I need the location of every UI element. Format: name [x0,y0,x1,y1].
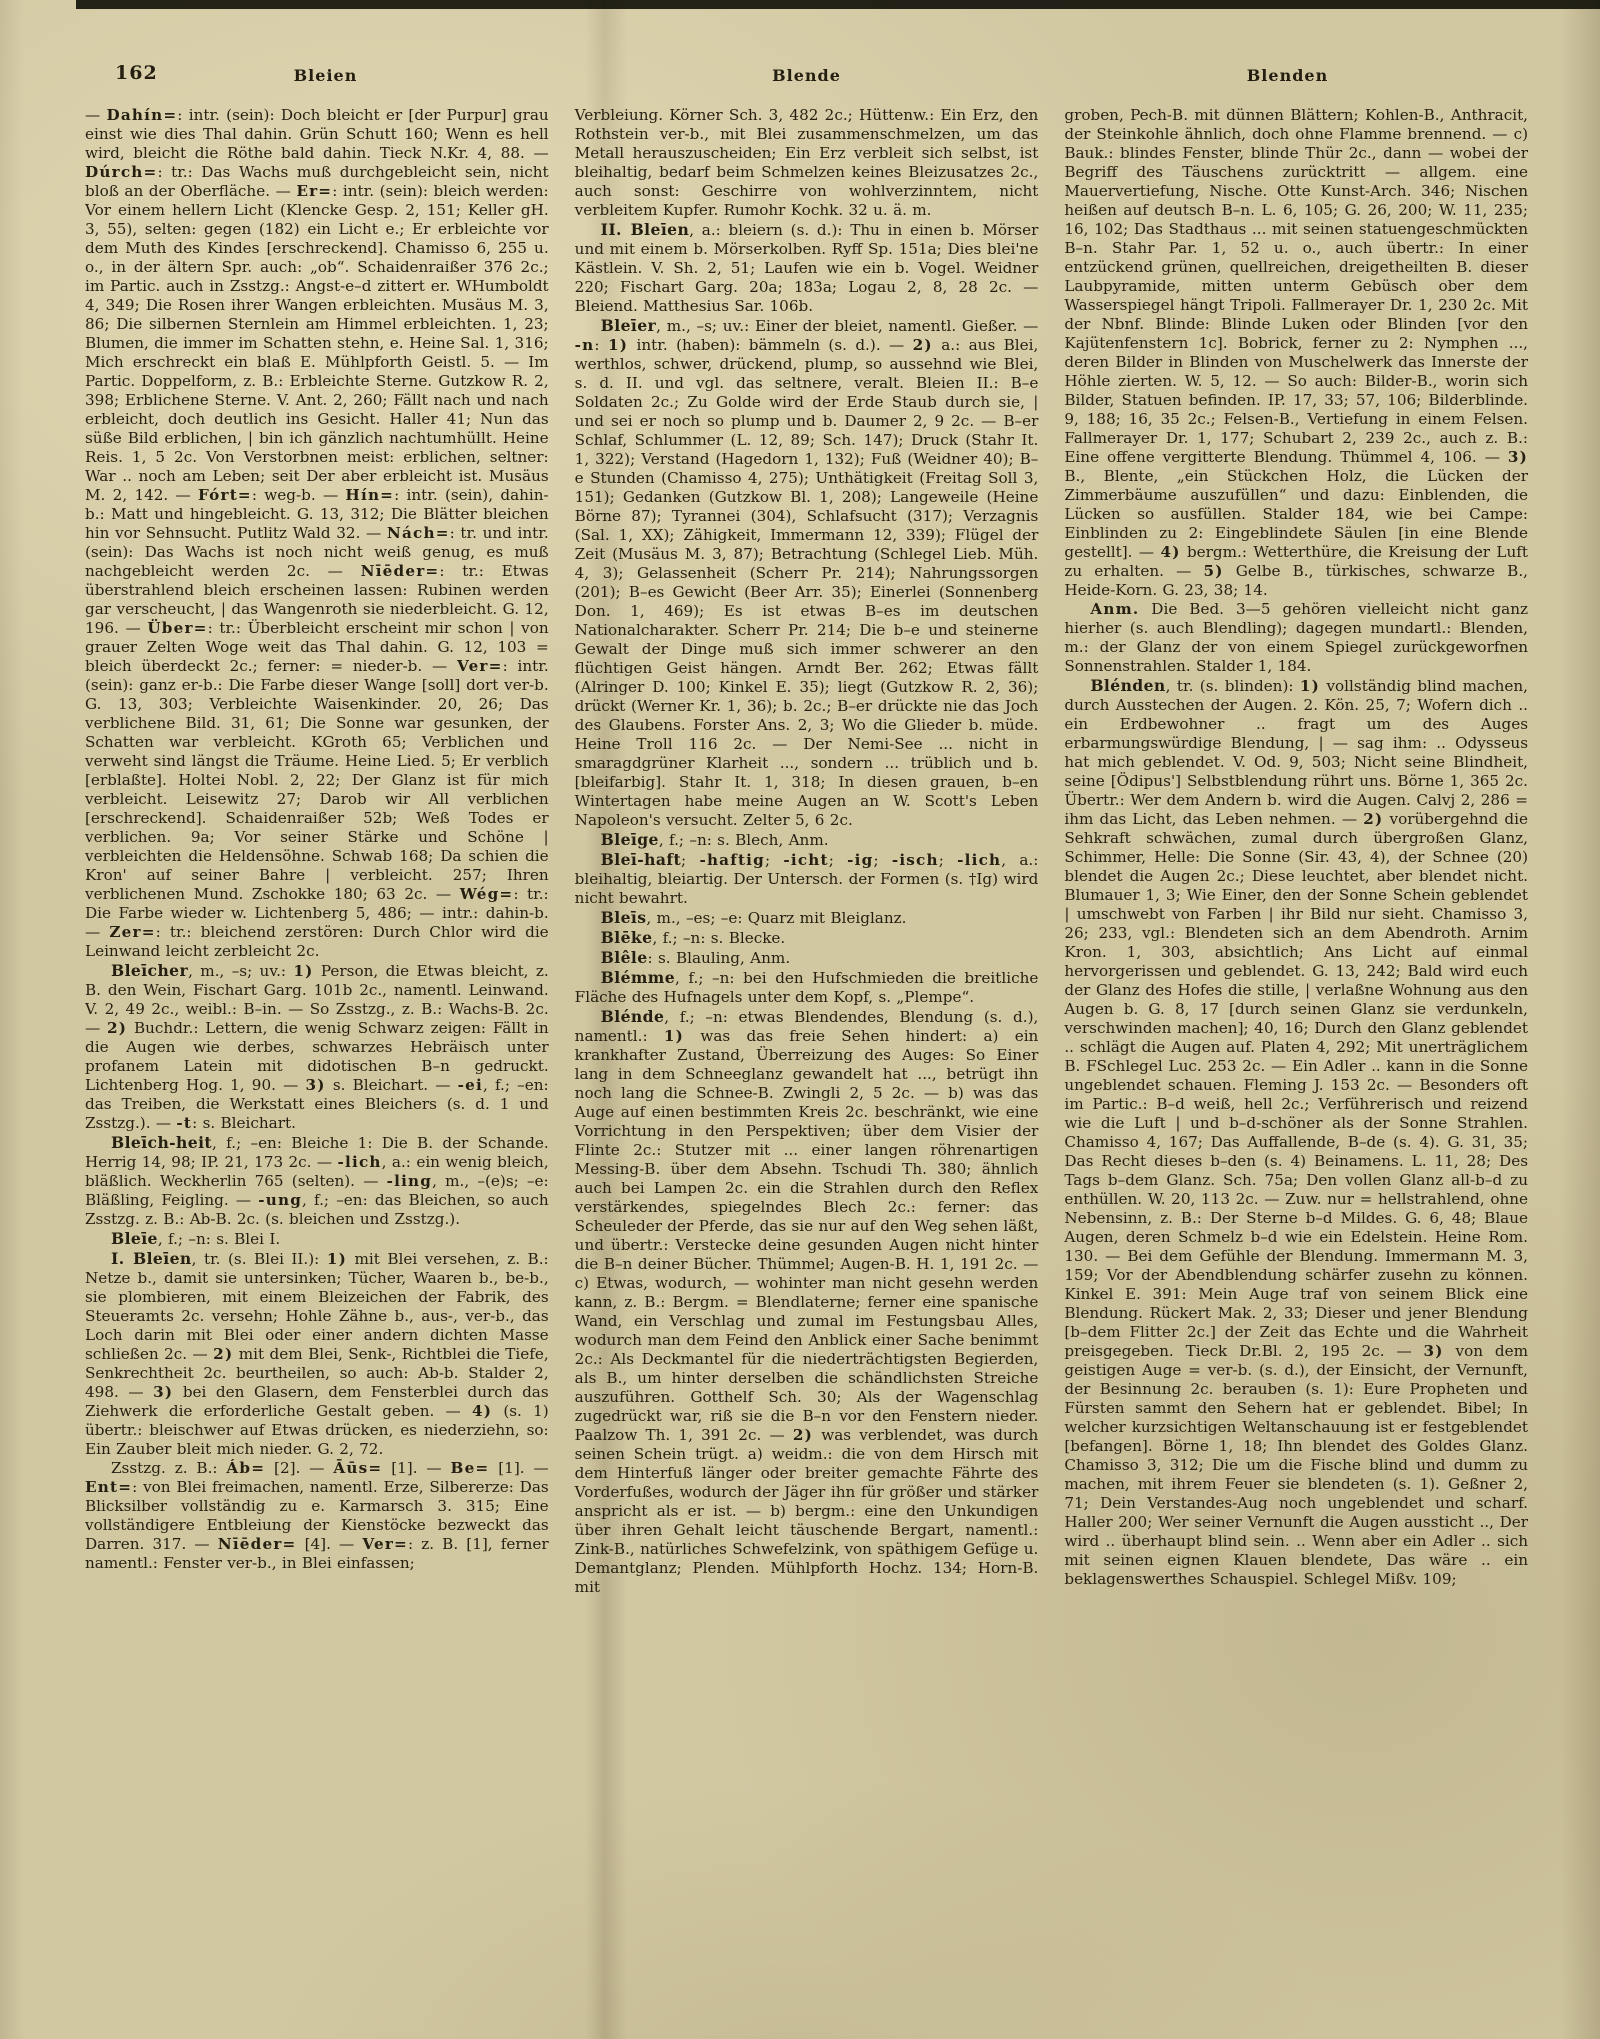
paragraph-bleien-zusammensetzungen: Zsstzg. z. B.: Áb= [2]. — Āūs= [1]. — Be… [85,1459,549,1573]
bold-run: -ung [258,1191,302,1209]
bold-run: 3) [306,1076,326,1094]
text-run: s. Bleichart. — [326,1076,458,1094]
bold-run: Anm. [1090,600,1139,618]
headword: Bleīer [601,316,657,335]
text-run: was das freie Sehen hindert: a) ein kran… [575,1027,1039,1444]
bold-run: Be= [451,1459,490,1477]
text-run: ; [765,851,783,869]
bold-run: Nīēder= [218,1535,297,1553]
bold-run: Ent= [85,1478,132,1496]
bold-run: Dahín= [107,106,178,124]
text-run: Verbleiung. Körner Sch. 3, 482 2c.; Hütt… [575,106,1039,219]
paragraph-blende-anmerkung: Anm. Die Bed. 3—5 gehören vielleicht nic… [1064,600,1528,676]
bold-run: Āūs= [333,1459,382,1477]
scan-edge-top [76,0,1600,9]
bold-run: -lich [957,851,1001,869]
text-run: intr. (haben): bämmeln (s. d.). — [628,336,913,354]
text-run: : s. Bleichart. [192,1114,296,1132]
bold-run: -icht [783,851,828,869]
text-columns: — Dahín=: intr. (sein): Doch bleicht er … [85,106,1528,1929]
entry-bleie: Bleīe, f.; –n: s. Blei I. [85,1229,549,1249]
bold-run: 2) [213,1345,233,1363]
headword: Bleīch-heit [111,1133,212,1152]
bold-run: Nīēder= [361,562,440,580]
text-run: : intr. (sein): bleich werden: Vor einem… [85,182,549,504]
text-run: Zsstzg. z. B.: [111,1459,226,1477]
bold-run: Ver= [457,657,503,675]
headword: Bleīcher [111,961,188,980]
text-run: [2]. — [265,1459,333,1477]
bold-run: Fórt= [198,486,252,504]
text-run: , f.; –n: s. Blei I. [158,1230,280,1248]
text-run: : weg-b. — [252,486,346,504]
page-header: 162 Bleien Blende Blenden [85,66,1528,85]
bold-run: Wég= [460,885,514,903]
text-run: vorübergehnd die Sehkraft schwächen, zum… [1064,810,1528,1360]
running-head-blenden: Blenden [1047,66,1528,85]
running-head-blende: Blende [566,66,1047,85]
entry-bleien-2: II. Bleīen, a.: bleiern (s. d.): Thu in … [575,220,1039,316]
paragraph-verbleien-continuation: Verbleiung. Körner Sch. 3, 482 2c.; Hütt… [575,106,1039,220]
bold-run: 4) [1160,543,1180,561]
text-run: ; [681,851,699,869]
column-2: Verbleiung. Körner Sch. 3, 482 2c.; Hütt… [575,106,1039,1929]
text-run: : s. Blauling, Anm. [648,949,791,967]
bold-run: 5) [1203,562,1223,580]
entry-bleier: Bleīer, m., –s; uv.: Einer der bleiet, n… [575,316,1039,830]
bold-run: 4) [472,1402,492,1420]
entry-bleien-1: I. Bleīen, tr. (s. Blei II.): 1) mit Ble… [85,1249,549,1459]
text-run: : [594,336,608,354]
column-3: groben, Pech-B. mit dünnen Blättern; Koh… [1064,106,1528,1929]
headword: I. Bleīen [111,1249,192,1268]
text-run: vollständig blind machen, durch Ausstech… [1064,677,1528,828]
text-run: , tr. (s. blinden): [1166,677,1300,695]
bold-run: Ver= [362,1535,408,1553]
headword: Bleīge [601,830,659,849]
bold-run: 3) [153,1383,173,1401]
text-run: [1]. — [489,1459,548,1477]
text-run: , f.; –n: s. Blecke. [652,929,785,947]
bold-run: 2) [913,336,933,354]
text-run: von dem geistigen Auge = ver-b. (s. d.),… [1064,1342,1528,1588]
text-run: groben, Pech-B. mit dünnen Blättern; Koh… [1064,106,1528,466]
text-run: , tr. (s. Blei II.): [192,1250,327,1268]
bold-run: 2) [107,1019,127,1037]
bold-run: Nách= [387,524,450,542]
text-run: ; [873,851,891,869]
text-run: ; [829,851,847,869]
bold-run: 2) [1363,810,1383,828]
bold-run: Über= [147,619,207,637]
paragraph-blende-continuation: groben, Pech-B. mit dünnen Blättern; Koh… [1064,106,1528,600]
headword: Blénden [1090,676,1165,695]
bold-run: 1) [608,336,628,354]
entry-bleke: Blēke, f.; –n: s. Blecke. [575,928,1039,948]
scanned-dictionary-page: { "header": { "page_number": "162", "run… [0,0,1600,2039]
bold-run: 3) [1424,1342,1444,1360]
headword: Blénde [601,1007,665,1026]
text-run: : intr. (sein): ganz er-b.: Die Farbe di… [85,657,549,903]
page-number: 162 [115,62,158,84]
bold-run: 2) [793,1426,813,1444]
entry-blele: Blêle: s. Blauling, Anm. [575,948,1039,968]
text-run: [4]. — [296,1535,362,1553]
entry-bleige: Bleīge, f.; –n: s. Blech, Anm. [575,830,1039,850]
entry-bleich-heit: Bleīch-heit, f.; –en: Bleiche 1: Die B. … [85,1133,549,1229]
headword: Bleīe [111,1229,158,1248]
entry-blende: Blénde, f.; –n: etwas Blendendes, Blendu… [575,1007,1039,1597]
text-run: , f.; –n: s. Blech, Anm. [659,831,829,849]
entry-blemme: Blémme, f.; –n: bei den Hufschmieden die… [575,968,1039,1007]
paragraph-bleichen-compounds: — Dahín=: intr. (sein): Doch bleicht er … [85,106,549,961]
entry-blenden: Blénden, tr. (s. blinden): 1) vollständi… [1064,676,1528,1589]
headword: Bleī-haft [601,850,681,869]
headword: Blēke [601,928,653,947]
bold-run: -isch [892,851,939,869]
text-run: , m., –s; uv.: [188,962,293,980]
text-run: a.: aus Blei, werthlos, schwer, drückend… [575,336,1039,829]
column-1: — Dahín=: intr. (sein): Doch bleicht er … [85,106,549,1929]
bold-run: Dúrch= [85,163,157,181]
bold-run: 1) [293,962,313,980]
bold-run: 1) [327,1250,347,1268]
entry-bleicher: Bleīcher, m., –s; uv.: 1) Person, die Et… [85,961,549,1133]
text-run: , m., –es; –e: Quarz mit Bleiglanz. [646,909,906,927]
text-run: [1]. — [382,1459,450,1477]
entry-bleis: Bleīs, m., –es; –e: Quarz mit Bleiglanz. [575,908,1039,928]
bold-run: Áb= [226,1459,265,1477]
bold-run: -t [176,1114,192,1132]
text-run: ; [939,851,957,869]
headword: Blémme [601,968,675,987]
bold-run: -haftig [699,851,765,869]
bold-run: -ei [458,1076,483,1094]
bold-run: Zer= [109,923,155,941]
text-run: , m., –s; uv.: Einer der bleiet, namentl… [656,317,1038,335]
headword: Bleīs [601,908,647,927]
bold-run: -lich [338,1153,382,1171]
text-run: was verblendet, was durch seinen Schein … [575,1426,1039,1596]
bold-run: -ling [387,1172,433,1190]
headword: II. Bleīen [601,220,690,239]
entry-blei-haft: Bleī-haft; -haftig; -icht; -ig; -isch; -… [575,850,1039,908]
headword: Blêle [601,948,648,967]
bold-run: 1) [664,1027,684,1045]
bold-run: Hín= [345,486,394,504]
bold-run: -n [575,336,595,354]
bold-run: Er= [296,182,332,200]
bold-run: 3) [1508,448,1528,466]
bold-run: -ig [847,851,873,869]
text-run: — [85,106,107,124]
bold-run: 1) [1300,677,1320,695]
